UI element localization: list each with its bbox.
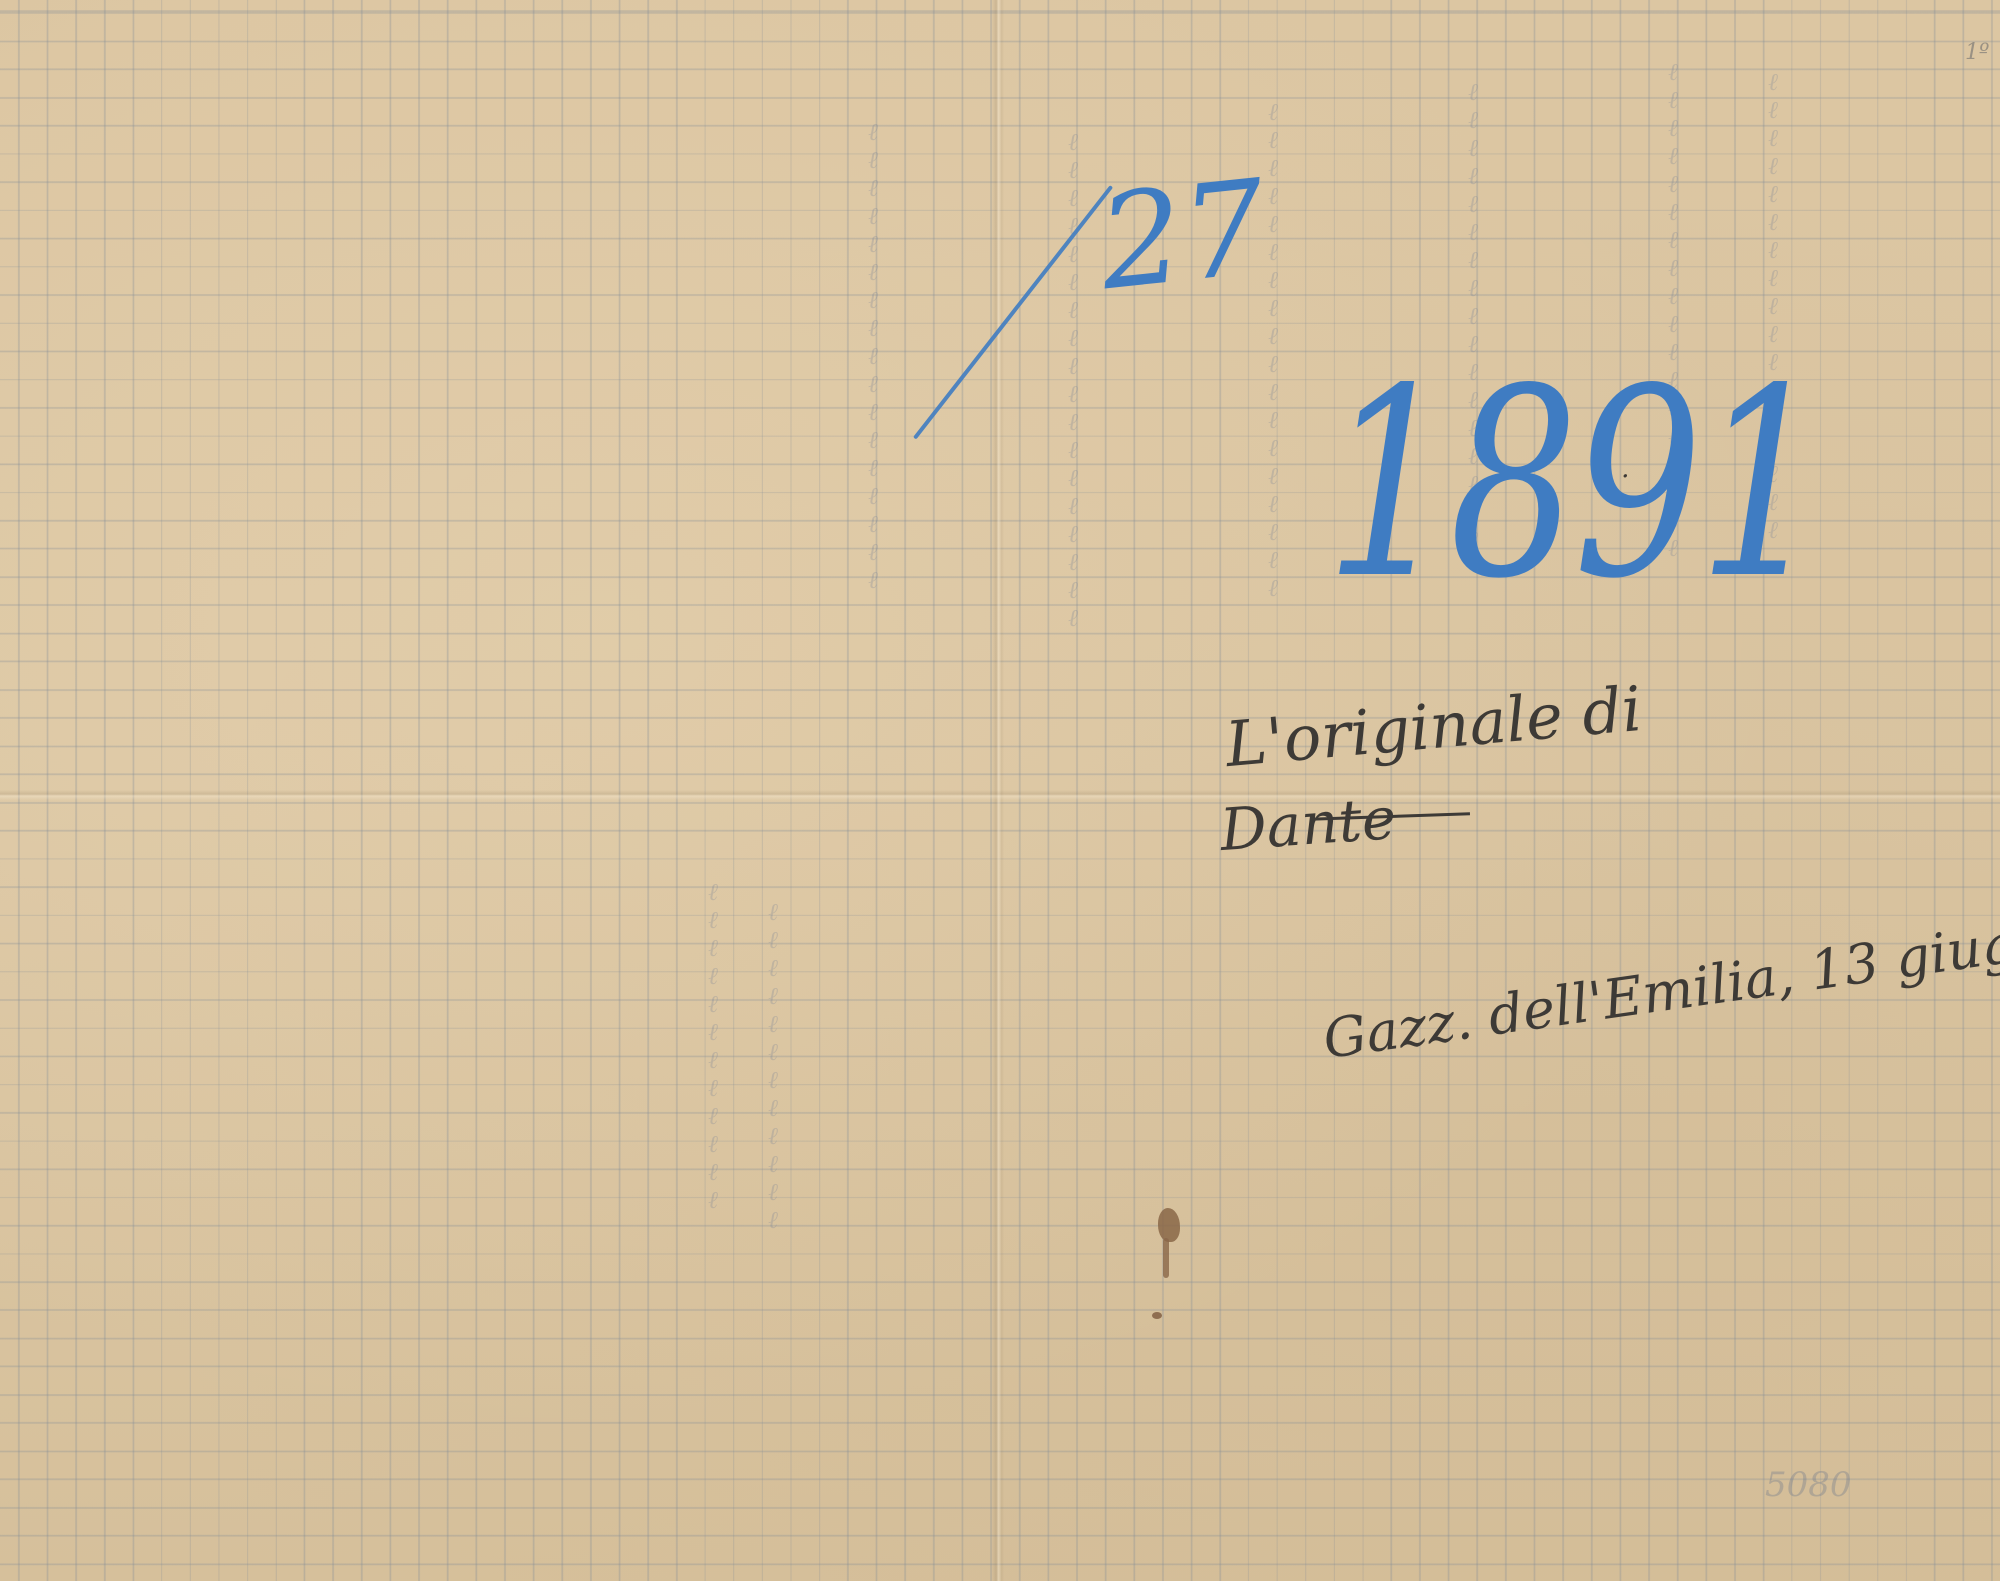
show-through-column: ℓℓℓℓℓℓℓℓℓℓℓℓℓℓℓℓℓℓ (1660, 60, 1688, 1460)
ink-stain (1158, 1208, 1180, 1242)
corner-folio-mark: 1º (1965, 40, 1989, 65)
show-through-column: ℓℓℓℓℓℓℓℓℓℓℓℓℓℓℓℓℓ (1760, 70, 1788, 1470)
year-tick-mark: ˙ (1615, 470, 1630, 505)
ink-stain-dot (1152, 1312, 1162, 1319)
show-through-column: ℓℓℓℓℓℓℓℓℓℓℓℓ (760, 900, 788, 1350)
ink-stain-drip (1163, 1238, 1169, 1278)
horizontal-fold-crease (0, 790, 2000, 800)
corner-bottom-number: 5080 (1765, 1465, 1852, 1505)
show-through-column: ℓℓℓℓℓℓℓℓℓℓℓℓℓℓℓℓℓ (860, 120, 888, 1420)
show-through-column: ℓℓℓℓℓℓℓℓℓℓℓℓ (700, 880, 728, 1330)
document-sheet: ℓℓℓℓℓℓℓℓℓℓℓℓℓℓℓℓℓ ℓℓℓℓℓℓℓℓℓℓℓℓℓℓℓℓℓℓ ℓℓℓ… (0, 0, 2000, 1581)
show-through-column: ℓℓℓℓℓℓℓℓℓℓℓℓℓℓℓℓℓℓ (1060, 130, 1088, 1430)
folio-number: 27 (1094, 162, 1272, 309)
note-line-dante: Dante (1218, 784, 1398, 864)
year-annotation: 1891 (1325, 355, 1822, 615)
